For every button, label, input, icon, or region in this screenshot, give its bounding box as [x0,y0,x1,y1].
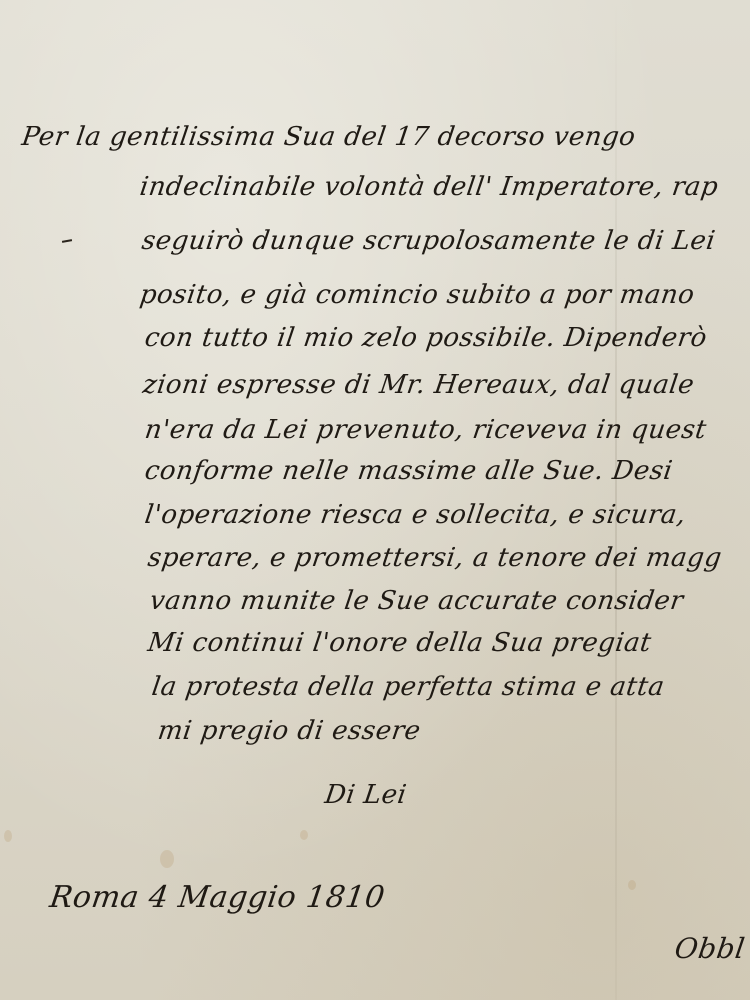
signature-fragment: Obbl [673,932,747,965]
letter-line: posito, e già comincio subito a por mano [138,280,697,310]
letter-line: vanno munite le Sue accurate consider [148,586,686,616]
foxing-spot [628,880,636,890]
letter-line: la protesta della perfetta stima e atta [150,672,667,702]
letter-line: Mi continui l'onore della Sua pregiat [146,628,653,658]
letter-line: con tutto il mio zelo possibile. Dipende… [143,323,709,353]
letter-line: sperare, e promettersi, a tenore dei mag… [146,543,724,573]
letter-line: mi pregio di essere [156,716,423,746]
letter-line: conforme nelle massime alle Sue. Desi [143,456,675,486]
foxing-spot [4,830,12,842]
closing: Di Lei [323,780,409,810]
letter-line: seguirò dunque scrupolosamente le di Lei [140,226,717,256]
dateline: Roma 4 Maggio 1810 [48,880,388,915]
letter-sheet: Per la gentilissima Sua del 17 decorso v… [0,0,750,1000]
foxing-spot [300,830,308,840]
letter-line: n'era da Lei prevenuto, riceveva in ques… [143,415,709,445]
letter-line: indeclinabile volontà dell' Imperatore, … [138,172,720,202]
letter-line: l'operazione riesca e sollecita, e sicur… [143,500,688,530]
foxing-spot [160,850,174,868]
letter-line: Per la gentilissima Sua del 17 decorso v… [20,122,638,152]
letter-line: zioni espresse di Mr. Hereaux, dal quale [141,370,696,400]
margin-mark [62,239,72,243]
